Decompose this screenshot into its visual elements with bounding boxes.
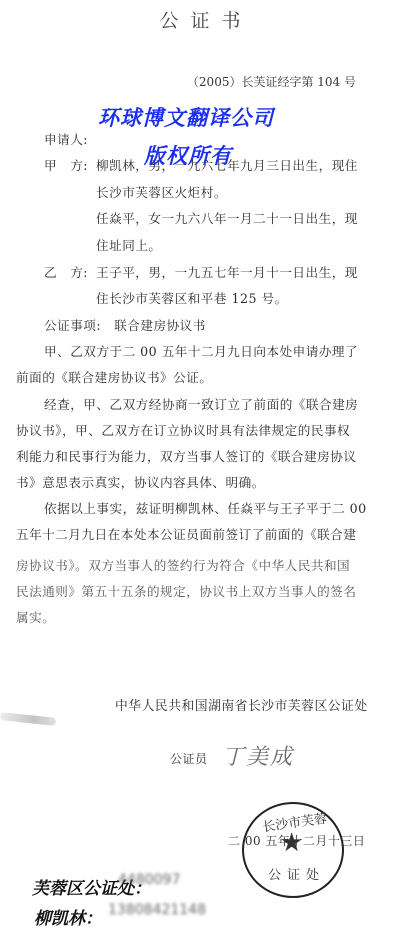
body-p2-line3: 利能力和民事行为能力，双方当事人签订的《联合建房协议: [16, 446, 356, 465]
scan-smudge: [0, 712, 56, 726]
official-seal: 长沙市芙蓉 ★ 公证处: [242, 802, 344, 898]
body-p2-line1: 经查，甲、乙双方经协商一致订立了前面的《联合建房: [44, 394, 358, 413]
party-a-line2: 长沙市芙蓉区火炬村。: [96, 182, 227, 201]
handwritten-name-phone: 13808421148: [108, 902, 206, 918]
watermark-copyright: 版权所有: [144, 140, 232, 170]
party-a2-line2: 住址同上。: [96, 235, 161, 254]
handwritten-office-phone: 4480097: [118, 872, 180, 888]
applicants-label: 申请人:: [44, 129, 88, 148]
document-title: 公证书: [0, 6, 400, 33]
body-p1-line2: 前面的《联合建房协议书》公证。: [16, 367, 212, 386]
handwritten-name-label: 柳凯林：: [34, 904, 102, 929]
notary-office: 中华人民共和国湖南省长沙市芙蓉区公证处: [115, 695, 368, 714]
issue-date: 二 00 五年十二月十三日: [228, 832, 365, 849]
body-p1-line1: 甲、乙双方于二 00 五年十二月九日向本处申请办理了: [44, 341, 358, 360]
party-a-label: 甲 方:: [44, 155, 88, 174]
party-a2-line1: 任焱平，女一九六八年一月二十一日出生，现: [96, 208, 358, 227]
document-number: （2005）长芙证经字第 104 号: [187, 73, 356, 90]
watermark-company: 环球博文翻译公司: [98, 102, 274, 132]
matter-line: 公证事项: 联合建房协议书: [44, 315, 206, 334]
seal-bottom-text: 公证处: [268, 864, 325, 883]
party-b-line2: 住长沙市芙蓉区和平巷 125 号。: [96, 288, 288, 307]
party-b-label: 乙 方:: [44, 262, 88, 281]
body-p3-line5: 属实。: [16, 607, 55, 626]
party-b-line1: 王子平，男，一九五七年一月十一日出生，现: [96, 262, 358, 281]
notary-label: 公证员: [170, 750, 208, 767]
body-p3-line1: 依据以上事实，兹证明柳凯林、任焱平与王子平于二 00: [44, 498, 367, 517]
body-p2-line2: 协议书》，甲、乙双方在订立协议时具有法律规定的民事权: [16, 420, 350, 439]
body-p3-line3: 房协议书》。双方当事人的签约行为符合《中华人民共和国: [16, 555, 350, 574]
body-p3-line4: 民法通则》第五十五条的规定，协议书上双方当事人的签名: [16, 581, 356, 600]
body-p3-line2: 五年十二月九日在本处本公证员面前签订了前面的《联合建: [16, 524, 356, 543]
body-p2-line4: 书》意思表示真实，协议内容具体、明确。: [16, 472, 265, 491]
notary-signature: 丁美成: [222, 740, 294, 771]
